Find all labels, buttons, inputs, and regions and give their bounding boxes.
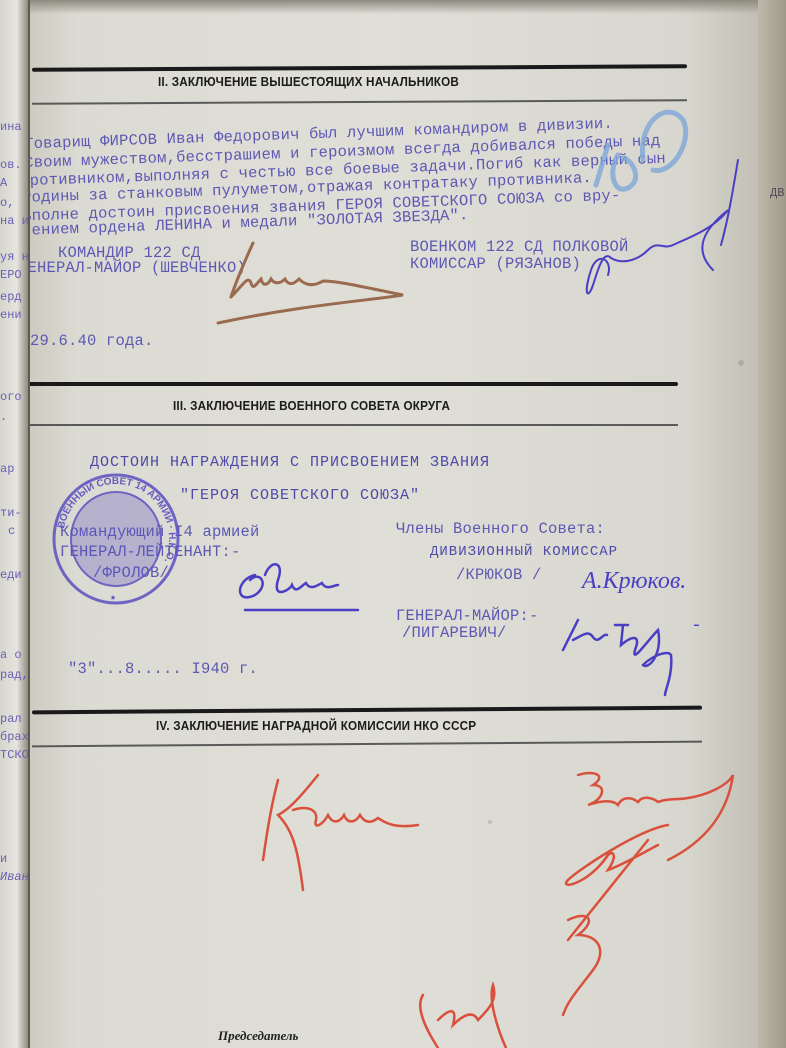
document-page: II. ЗАКЛЮЧЕНИЕ ВЫШЕСТОЯЩИХ НАЧАЛЬНИКОВ Т… (18, 0, 758, 1048)
page-fragment: рад, (0, 668, 29, 682)
member-1-name: /КРЮКОВ / (456, 566, 542, 584)
page-fragment: уя н (0, 250, 29, 264)
section-3-date: "3"...8..... I940 г. (68, 660, 258, 678)
page-fragment: рал (0, 712, 22, 726)
page-fragment: ти- (0, 506, 22, 520)
signatory-right-rank: КОМИССАР (РЯЗАНОВ) (410, 255, 581, 273)
page-fragment: А (0, 176, 7, 190)
signature-shevchenko (213, 235, 423, 335)
adjacent-page-left: ина ов. А о, на и уя н ЕРО ерд ени ого .… (0, 0, 30, 1048)
page-fragment: ого (0, 390, 22, 404)
page-fragment: еди (0, 568, 22, 582)
section-4-title: IV. ЗАКЛЮЧЕНИЕ НАГРАДНОЙ КОМИССИИ НКО СС… (156, 718, 476, 733)
page-fragment: брах (0, 730, 29, 744)
page-fragment: . (0, 410, 7, 424)
page-fragment: ар (0, 462, 14, 476)
page-fragment: ов. (0, 158, 22, 172)
member-1-rank: ДИВИЗИОННЫЙ КОМИССАР (430, 543, 618, 561)
section-divider (18, 424, 678, 426)
section-divider (18, 382, 678, 386)
signatory-left-rank: ГЕНЕРАЛ-МАЙОР (ШЕВЧЕНКО) (18, 259, 246, 277)
council-members-header: Члены Военного Совета: (396, 520, 605, 538)
section-2-date: 29.6.40 года. (30, 332, 154, 350)
page-fragment: и (0, 852, 7, 866)
council-conclusion-line-2: "ГЕРОЯ СОВЕТСКОГО СОЮЗА" (180, 487, 420, 505)
section-divider (32, 706, 702, 715)
paper-blemish (488, 820, 492, 824)
signature-frolov (230, 555, 360, 625)
page-fragment: ЕРО (0, 268, 22, 282)
page-fragment: ени (0, 308, 22, 322)
section-divider (32, 741, 702, 748)
section-2-title: II. ЗАКЛЮЧЕНИЕ ВЫШЕСТОЯЩИХ НАЧАЛЬНИКОВ (158, 74, 459, 89)
page-fragment: о, (0, 196, 14, 210)
chairman-label: Председатель (218, 1028, 299, 1044)
member-2-rank: ГЕНЕРАЛ-МАЙОР:- (396, 607, 539, 625)
svg-text:★: ★ (110, 593, 116, 604)
signature-pigarevich: - (553, 595, 713, 710)
page-fragment: ТСКО (0, 748, 29, 762)
svg-text:А.Крюков.: А.Крюков. (580, 568, 686, 594)
handwritten-resolution-red (248, 770, 748, 1048)
signature-ryazanov (563, 150, 753, 315)
section-divider (32, 64, 687, 71)
page-fragment: ерд (0, 290, 22, 304)
page-fragment: на и (0, 214, 29, 228)
page-fragment: с (8, 524, 15, 538)
member-2-name: /ПИГАРЕВИЧ/ (402, 624, 507, 642)
section-3-title: III. ЗАКЛЮЧЕНИЕ ВОЕННОГО СОВЕТА ОКРУГА (173, 398, 450, 413)
svg-text:-: - (691, 616, 702, 636)
paper-blemish (738, 360, 744, 366)
adjacent-page-fragment: ДВ (770, 186, 784, 200)
page-fragment: а о (0, 648, 22, 662)
page-top-shadow (18, 0, 758, 14)
page-fragment: ина (0, 120, 22, 134)
official-stamp: ВОЕННЫЙ СОВЕТ 14 АРМИИ · Н.К.О. ★ (50, 470, 182, 608)
page-fragment: Иван (0, 870, 29, 884)
